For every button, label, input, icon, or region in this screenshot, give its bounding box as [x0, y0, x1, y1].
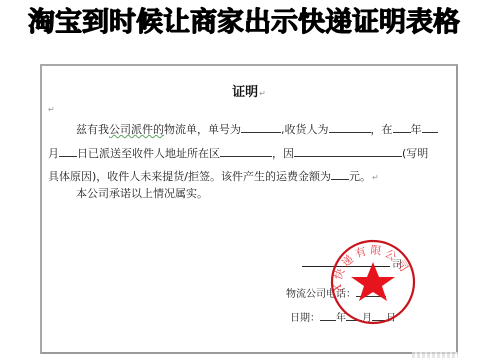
- date-label: 日期：: [290, 313, 320, 324]
- body-line-2: 月日已派送至收件人地址所在区，因(写明: [48, 146, 428, 161]
- recipient-blank[interactable]: [329, 122, 371, 133]
- day-label: 日: [386, 313, 396, 324]
- document-title: 证明↵: [42, 81, 456, 100]
- freight-amount-blank[interactable]: [331, 169, 349, 180]
- phone-blank[interactable]: [356, 287, 386, 297]
- paragraph-mark-icon: ↵: [372, 173, 379, 182]
- text: ,收货人为: [281, 123, 329, 136]
- text: 物流单，单号为: [164, 123, 241, 136]
- body-line-4: 本公司承诺以上情况属实。: [76, 187, 208, 201]
- sig-month-blank[interactable]: [346, 311, 362, 321]
- text: 日已派送至收件人地址所在区: [77, 147, 220, 160]
- document-title-text: 证明: [232, 85, 258, 100]
- year-blank[interactable]: [393, 122, 411, 133]
- text: ，因: [272, 147, 294, 160]
- banner-title: 淘宝到时候让商家出示快递证明表格: [0, 6, 488, 40]
- day-blank[interactable]: [59, 146, 77, 157]
- district-blank[interactable]: [220, 146, 272, 157]
- year-label: 年: [336, 313, 346, 324]
- watermark: [412, 352, 458, 358]
- company-suffix: 司: [392, 256, 402, 271]
- sig-year-blank[interactable]: [320, 311, 336, 321]
- phone-label: 物流公司电话：: [286, 289, 356, 300]
- sig-day-blank[interactable]: [372, 311, 386, 321]
- tracking-number-blank[interactable]: [241, 122, 281, 133]
- body-line-1: 兹有我公司派件的物流单，单号为,收货人为，在年: [76, 122, 438, 137]
- text-spellcheck: 公司派件的: [109, 123, 164, 136]
- text: 月: [48, 147, 59, 160]
- phone-line: 物流公司电话：: [286, 285, 386, 300]
- month-blank[interactable]: [422, 122, 438, 133]
- text: 兹有我: [76, 123, 109, 136]
- text: 元。: [349, 170, 371, 183]
- date-line: 日期：年月日: [290, 309, 396, 324]
- signature-area: 司 物流公司电话： 日期：年月日: [286, 254, 456, 344]
- reason-blank[interactable]: [294, 146, 402, 157]
- text: ，在: [371, 123, 393, 136]
- paragraph-mark-icon: ↵: [48, 105, 55, 114]
- certificate-document: 证明↵ ↵ 兹有我公司派件的物流单，单号为,收货人为，在年 月日已派送至收件人地…: [40, 64, 458, 354]
- text: 年: [411, 123, 422, 136]
- body-line-3: 具体原因)，收件人未来提货/拒签。该件产生的运费金额为元。↵: [48, 169, 379, 185]
- month-label: 月: [362, 313, 372, 324]
- page: 淘宝到时候让商家出示快递证明表格 证明↵ ↵ 兹有我公司派件的物流单，单号为,收…: [0, 0, 488, 363]
- text: 具体原因)，收件人未来提货/拒签。该件产生的运费金额为: [48, 170, 331, 183]
- company-name-blank[interactable]: [302, 266, 390, 267]
- paragraph-mark-icon: ↵: [259, 89, 266, 98]
- text: (写明: [402, 147, 428, 160]
